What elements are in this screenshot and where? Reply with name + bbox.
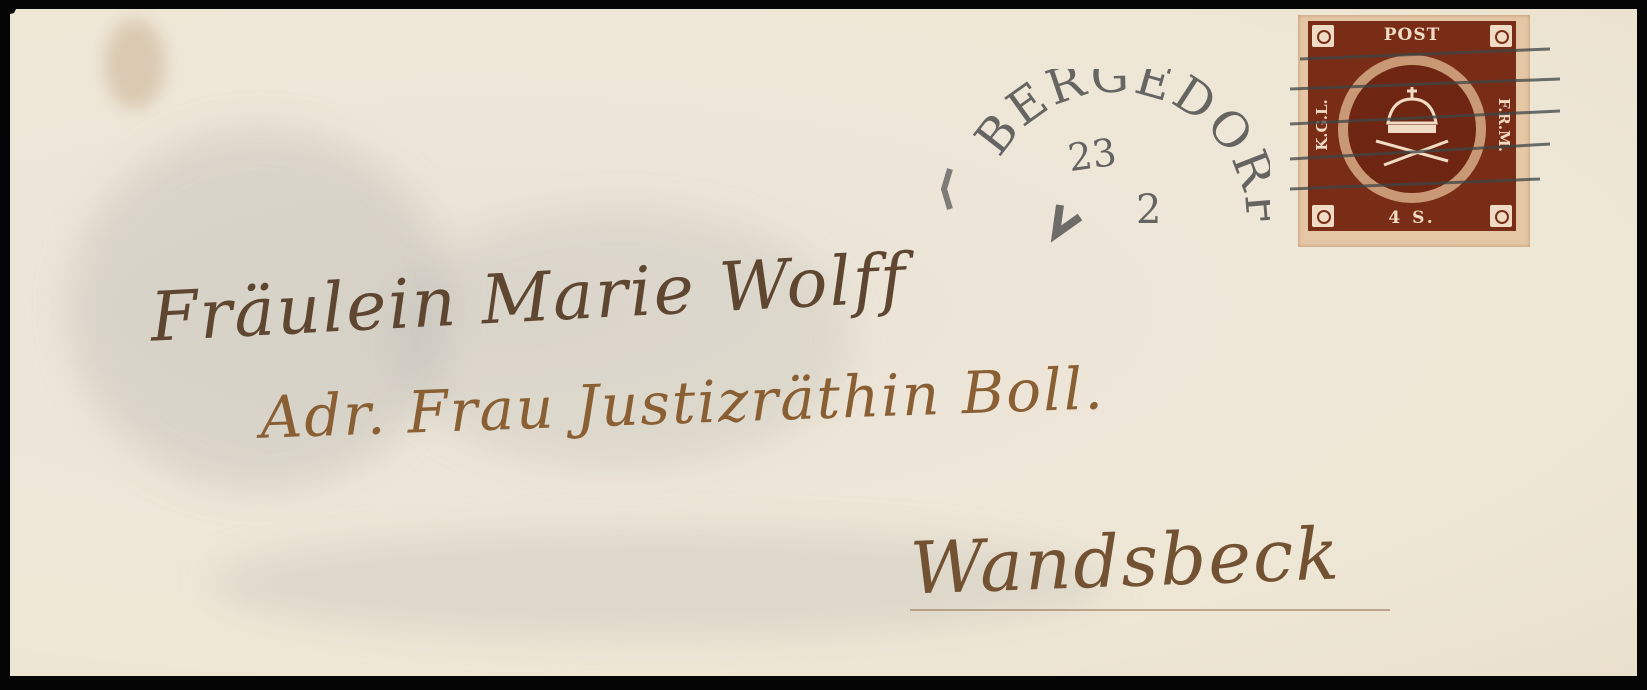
postmark-day: 23 (1065, 130, 1119, 180)
bar-cancel (1280, 19, 1570, 229)
svg-text:BERGEDORF: BERGEDORF (964, 69, 1270, 232)
postmark: BERGEDORF 23 2 (930, 69, 1270, 329)
address-line-3: Wandsbeck (909, 512, 1342, 611)
postmark-month: 2 (1136, 187, 1161, 233)
envelope: POST 4 S. K.G.L. F.R.M. (10, 9, 1637, 676)
postmark-arrow (1056, 205, 1080, 234)
postmark-town: BERGEDORF (964, 69, 1270, 232)
paper-toning (105, 19, 165, 109)
postmark-arc: BERGEDORF (930, 69, 1270, 329)
address-underline (910, 609, 1390, 611)
